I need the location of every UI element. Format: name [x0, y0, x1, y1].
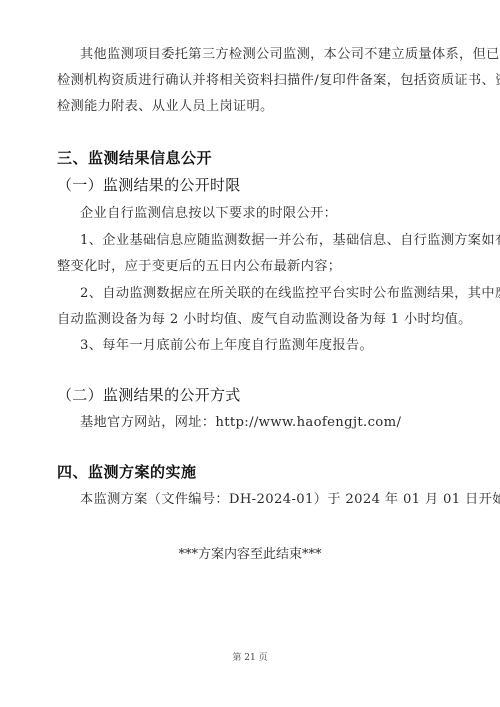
- section-4-text: 本监测方案（文件编号：DH-2024-01）于 2024 年 01 月 01 日…: [80, 488, 463, 507]
- item-2-line-1: 2、自动监测数据应在所关联的在线监控平台实时公布监测结果，其中废水: [80, 282, 463, 301]
- item-1-line-1: 1、企业基础信息应随监测数据一并公布，基础信息、自行监测方案如有调: [80, 229, 463, 248]
- document-page: 其他监测项目委托第三方检测公司监测，本公司不建立质量体系，但已对 检测机构资质进…: [0, 0, 500, 707]
- item-2-line-2: 自动监测设备为每 2 小时均值、废气自动监测设备为每 1 小时均值。: [57, 308, 463, 327]
- item-1-line-2: 整变化时，应于变更后的五日内公布最新内容；: [57, 255, 463, 274]
- subsection-2-heading: （二）监测结果的公开方式: [57, 384, 241, 405]
- intro-line-1: 其他监测项目委托第三方检测公司监测，本公司不建立质量体系，但已对: [80, 43, 463, 62]
- intro-line-3: 检测能力附表、从业人员上岗证明。: [57, 95, 463, 114]
- section-3-heading: 三、监测结果信息公开: [57, 147, 212, 168]
- subsection-1-intro: 企业自行监测信息按以下要求的时限公开：: [80, 202, 463, 221]
- subsection-1-heading: （一）监测结果的公开时限: [57, 174, 241, 195]
- intro-line-2: 检测机构资质进行确认并将相关资料扫描件/复印件备案，包括资质证书、资质: [57, 69, 463, 88]
- subsection-2-text: 基地官方网站，网址：http://www.haofengjt.com/: [80, 411, 463, 430]
- page-number: 第 21 页: [0, 650, 500, 663]
- item-3-line-1: 3、每年一月底前公布上年度自行监测年度报告。: [80, 334, 463, 353]
- end-marker: ***方案内容至此结束***: [0, 543, 500, 562]
- section-4-heading: 四、监测方案的实施: [57, 461, 197, 482]
